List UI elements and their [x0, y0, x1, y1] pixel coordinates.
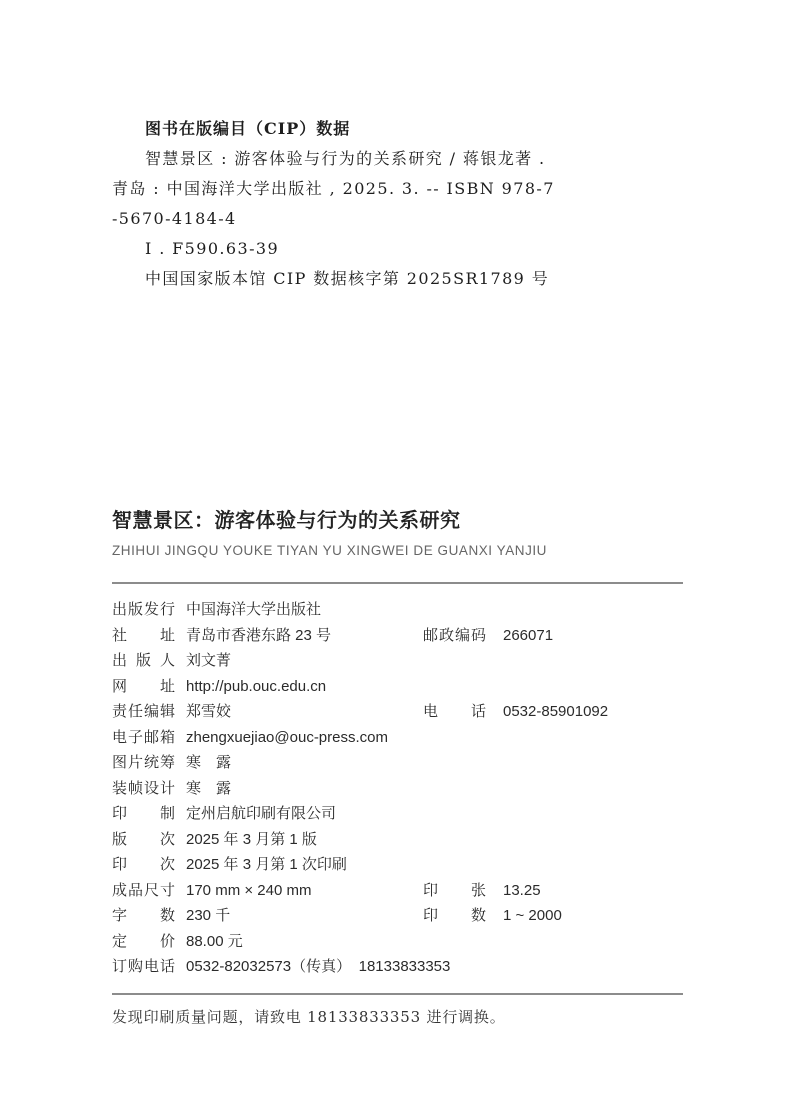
- cip-line: 中国国家版本馆 CIP 数据核字第 2025SR1789 号: [112, 264, 612, 294]
- row-value: 88.00 元: [186, 929, 243, 955]
- row-label: 字数: [112, 903, 175, 929]
- row-label: 订购电话: [112, 954, 175, 980]
- pub-row-price: 定价88.00 元: [112, 929, 732, 955]
- pub-row-wordcount: 字数230 千印数1 ~ 2000: [112, 903, 732, 929]
- row-value: 2025 年 3 月第 1 版: [186, 827, 317, 853]
- pub-row-design: 装帧设计寒 露: [112, 776, 732, 802]
- cip-block: 图书在版编目（CIP）数据 智慧景区 : 游客体验与行为的关系研究 / 蒋银龙著…: [112, 114, 612, 294]
- row-value: 170 mm × 240 mm: [186, 878, 311, 904]
- row-label: 定价: [112, 929, 175, 955]
- row-label: 成品尺寸: [112, 878, 175, 904]
- pub-row-sheets: 印张13.25: [423, 878, 541, 904]
- row-label: 版次: [112, 827, 175, 853]
- pub-row-email: 电子邮箱zhengxuejiao@ouc-press.com: [112, 725, 732, 751]
- divider-bottom: [112, 993, 683, 995]
- row-value: 寒 露: [186, 776, 231, 802]
- row-label: 出版发行: [112, 597, 175, 623]
- row-value: 2025 年 3 月第 1 次印刷: [186, 852, 347, 878]
- row-label: 印次: [112, 852, 175, 878]
- row-value: 230 千: [186, 903, 230, 929]
- pub-row-edition: 版次2025 年 3 月第 1 版: [112, 827, 732, 853]
- row-label: 出版人: [112, 648, 175, 674]
- row-value: http://pub.ouc.edu.cn: [186, 674, 326, 700]
- quality-note: 发现印刷质量问题，请致电 18133833353 进行调换。: [112, 1007, 506, 1027]
- row-label: 电话: [423, 699, 486, 725]
- pub-row-editor: 责任编辑郑雪姣电话0532-85901092: [112, 699, 732, 725]
- pub-row-phone: 电话0532-85901092: [423, 699, 608, 725]
- row-value: 266071: [503, 623, 553, 649]
- row-label: 印制: [112, 801, 175, 827]
- publication-details: 出版发行中国海洋大学出版社 社址青岛市香港东路 23 号邮政编码266071 出…: [112, 597, 732, 980]
- row-value: 定州启航印刷有限公司: [186, 801, 336, 827]
- pub-row-order-phone: 订购电话0532-82032573（传真） 18133833353: [112, 954, 732, 980]
- row-label: 邮政编码: [423, 623, 486, 649]
- pub-row-postcode: 邮政编码266071: [423, 623, 553, 649]
- row-label: 图片统筹: [112, 750, 175, 776]
- pub-row-address: 社址青岛市香港东路 23 号邮政编码266071: [112, 623, 732, 649]
- row-label: 印数: [423, 903, 486, 929]
- pub-row-impression: 印次2025 年 3 月第 1 次印刷: [112, 852, 732, 878]
- cip-line: 智慧景区 : 游客体验与行为的关系研究 / 蒋银龙著 .: [112, 144, 612, 174]
- row-label: 社址: [112, 623, 175, 649]
- row-value: 中国海洋大学出版社: [186, 597, 321, 623]
- row-label: 电子邮箱: [112, 725, 175, 751]
- row-value: 0532-85901092: [503, 699, 608, 725]
- pub-row-website: 网址http://pub.ouc.edu.cn: [112, 674, 732, 700]
- row-value: 刘文菁: [186, 648, 231, 674]
- book-title: 智慧景区：游客体验与行为的关系研究: [112, 508, 547, 534]
- pub-row-person: 出版人刘文菁: [112, 648, 732, 674]
- row-value: 青岛市香港东路 23 号: [186, 623, 331, 649]
- row-value: 寒 露: [186, 750, 231, 776]
- row-label: 责任编辑: [112, 699, 175, 725]
- cip-line: Ⅰ . F590.63-39: [112, 234, 612, 264]
- row-label: 装帧设计: [112, 776, 175, 802]
- divider-top: [112, 582, 683, 584]
- cip-line: -5670-4184-4: [112, 204, 612, 234]
- cip-heading: 图书在版编目（CIP）数据: [112, 114, 612, 144]
- pub-row-size: 成品尺寸170 mm × 240 mm印张13.25: [112, 878, 732, 904]
- pub-row-publisher: 出版发行中国海洋大学出版社: [112, 597, 732, 623]
- row-value: zhengxuejiao@ouc-press.com: [186, 725, 388, 751]
- cip-line: 青岛 : 中国海洋大学出版社 , 2025. 3. -- ISBN 978-7: [112, 174, 612, 204]
- row-label: 印张: [423, 878, 486, 904]
- book-title-pinyin: ZHIHUI JINGQU YOUKE TIYAN YU XINGWEI DE …: [112, 542, 547, 560]
- pub-row-printer: 印制定州启航印刷有限公司: [112, 801, 732, 827]
- row-label: 网址: [112, 674, 175, 700]
- row-value: 郑雪姣: [186, 699, 231, 725]
- row-value: 0532-82032573（传真） 18133833353: [186, 954, 450, 980]
- pub-row-printrun: 印数1 ~ 2000: [423, 903, 562, 929]
- title-block: 智慧景区：游客体验与行为的关系研究 ZHIHUI JINGQU YOUKE TI…: [112, 508, 547, 560]
- copyright-page: 图书在版编目（CIP）数据 智慧景区 : 游客体验与行为的关系研究 / 蒋银龙著…: [0, 0, 799, 1118]
- row-value: 13.25: [503, 878, 541, 904]
- pub-row-photo-coordinator: 图片统筹寒 露: [112, 750, 732, 776]
- row-value: 1 ~ 2000: [503, 903, 562, 929]
